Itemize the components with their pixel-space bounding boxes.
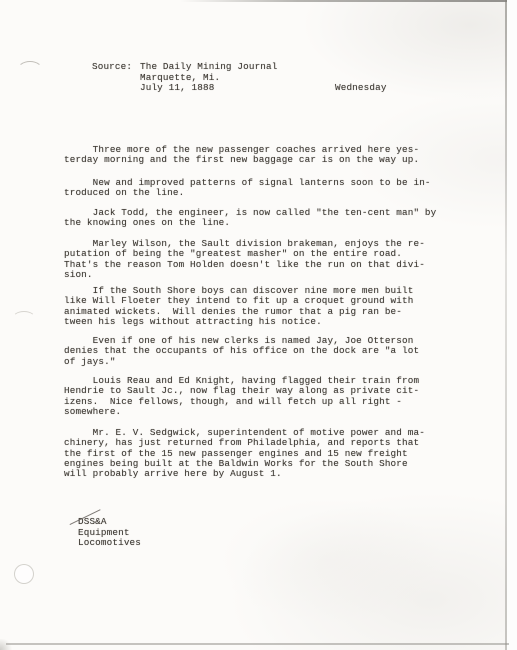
- page-edge-bottom: [6, 643, 509, 645]
- paragraph: Marley Wilson, the Sault division brakem…: [64, 239, 425, 280]
- scan-mark-arc-top: [17, 61, 43, 80]
- scanned-document-page: Source: The Daily Mining Journal Marquet…: [0, 0, 517, 650]
- source-citation: The Daily Mining Journal Marquette, Mi. …: [140, 62, 278, 94]
- scan-corner-shadow: [0, 639, 12, 650]
- scan-margin-right: [507, 0, 517, 650]
- weekday-label: Wednesday: [335, 83, 387, 93]
- scan-mark-arc-middle: [12, 311, 36, 327]
- binder-hole-mark: [14, 564, 34, 584]
- page-edge-top: [180, 0, 517, 2]
- paragraph: Louis Reau and Ed Knight, having flagged…: [64, 376, 419, 417]
- paragraph: Even if one of his new clerks is named J…: [64, 336, 419, 367]
- paragraph: Three more of the new passenger coaches …: [64, 145, 419, 166]
- paragraph: New and improved patterns of signal lant…: [64, 178, 431, 199]
- page-edge-right: [505, 0, 507, 650]
- paragraph: If the South Shore boys can discover nin…: [64, 286, 413, 327]
- index-tags: DSS&A Equipment Locomotives: [78, 517, 141, 549]
- paragraph: Jack Todd, the engineer, is now called "…: [64, 208, 436, 229]
- paragraph: Mr. E. V. Sedgwick, superintendent of mo…: [64, 428, 425, 479]
- source-label: Source:: [92, 62, 132, 72]
